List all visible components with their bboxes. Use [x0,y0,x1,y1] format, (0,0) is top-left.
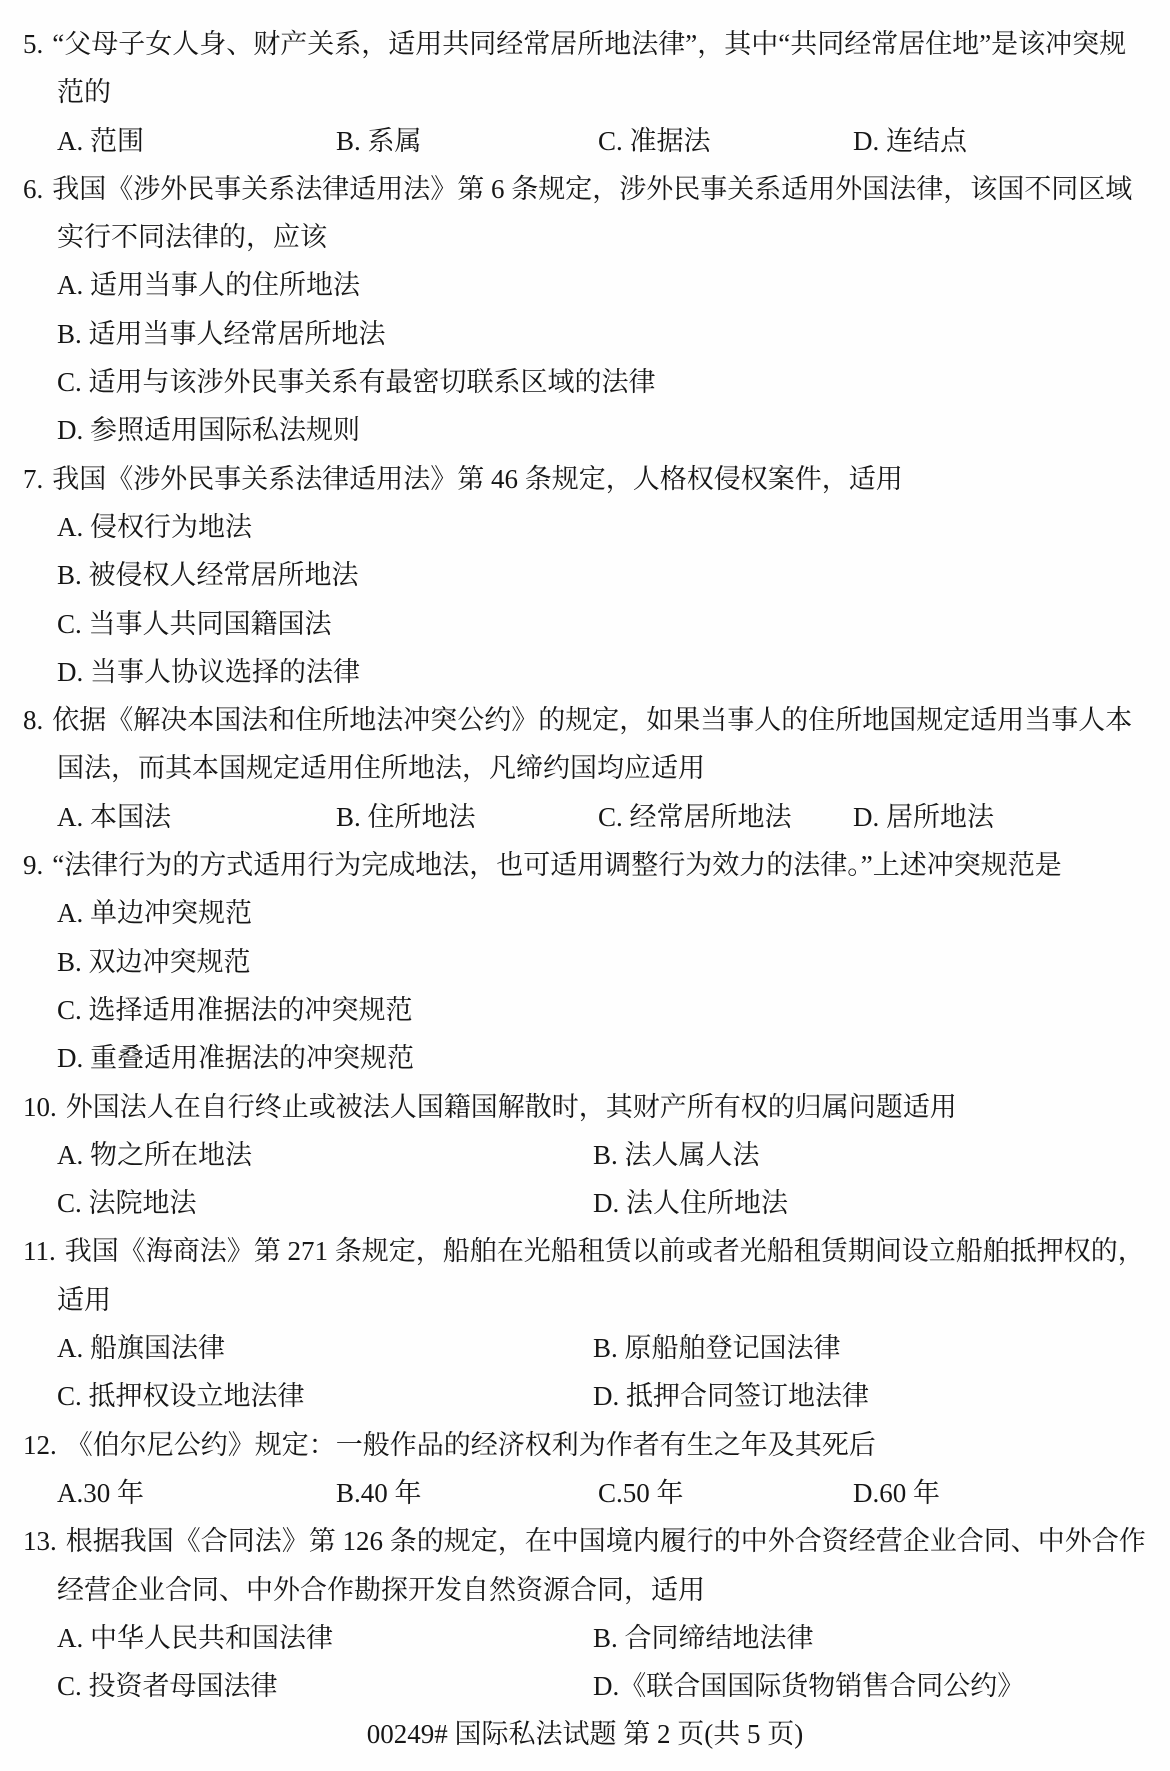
question-12-option-a: A.30 年 [57,1469,144,1517]
question-8-option-b: B. 住所地法 [336,793,476,841]
question-7-stem-line-1: 7.我国《涉外民事关系法律适用法》第 46 条规定，人格权侵权案件，适用 [0,455,1170,503]
question-13-options-row-2: C. 投资者母国法律 D.《联合国国际货物销售合同公约》 [0,1662,1170,1710]
question-13-stem-line-1: 13.根据我国《合同法》第 126 条的规定，在中国境内履行的中外合资经营企业合… [0,1517,1170,1565]
question-11-options-row-2: C. 抵押权设立地法律 D. 抵押合同签订地法律 [0,1372,1170,1420]
question-8-options: A. 本国法 B. 住所地法 C. 经常居所地法 D. 居所地法 [0,793,1170,841]
question-12-number: 12. [23,1430,57,1460]
question-6-number: 6. [23,174,43,204]
question-11-option-a: A. 船旗国法律 [57,1324,225,1372]
question-13-option-a: A. 中华人民共和国法律 [57,1614,333,1662]
question-10-options-row-2: C. 法院地法 D. 法人住所地法 [0,1179,1170,1227]
question-7-option-a: A. 侵权行为地法 [0,503,1170,551]
question-12-option-d: D.60 年 [853,1469,940,1517]
question-5-option-d: D. 连结点 [853,117,967,165]
question-5-number: 5. [23,29,43,59]
question-11-option-c: C. 抵押权设立地法律 [57,1372,305,1420]
question-7-stem: 我国《涉外民事关系法律适用法》第 46 条规定，人格权侵权案件，适用 [52,464,903,494]
question-10-options-row-1: A. 物之所在地法 B. 法人属人法 [0,1131,1170,1179]
question-10-stem-line-1: 10.外国法人在自行终止或被法人国籍国解散时，其财产所有权的归属问题适用 [0,1083,1170,1131]
question-5-stem-line-1: 5.“父母子女人身、财产关系，适用共同经常居所地法律”，其中“共同经常居住地”是… [0,20,1170,68]
question-8-option-d: D. 居所地法 [853,793,994,841]
question-9-option-a: A. 单边冲突规范 [0,889,1170,937]
question-12-stem: 《伯尔尼公约》规定：一般作品的经济权利为作者有生之年及其死后 [66,1430,876,1460]
question-13-option-d: D.《联合国国际货物销售合同公约》 [593,1662,1024,1710]
question-7-option-d: D. 当事人协议选择的法律 [0,648,1170,696]
question-12-option-c: C.50 年 [598,1469,684,1517]
question-7-number: 7. [23,464,43,494]
question-8-stem-line-1: 8.依据《解决本国法和住所地法冲突公约》的规定，如果当事人的住所地国规定适用当事… [0,696,1170,744]
question-6-stem: 我国《涉外民事关系法律适用法》第 6 条规定，涉外民事关系适用外国法律，该国不同… [52,174,1132,204]
question-11-option-b: B. 原船舶登记国法律 [593,1324,841,1372]
question-13-number: 13. [23,1526,57,1556]
question-12-stem-line-1: 12.《伯尔尼公约》规定：一般作品的经济权利为作者有生之年及其死后 [0,1421,1170,1469]
question-11-options-row-1: A. 船旗国法律 B. 原船舶登记国法律 [0,1324,1170,1372]
question-8-stem-line-2: 国法，而其本国规定适用住所地法，凡缔约国均应适用 [0,744,1170,792]
question-11-stem-line-2: 适用 [0,1276,1170,1324]
question-5-stem-line-2: 范的 [0,68,1170,116]
question-8-number: 8. [23,705,43,735]
question-6-option-b: B. 适用当事人经常居所地法 [0,310,1170,358]
question-5-stem: “父母子女人身、财产关系，适用共同经常居所地法律”，其中“共同经常居住地”是该冲… [52,29,1126,59]
question-5-option-a: A. 范围 [57,117,144,165]
question-11-stem-line-1: 11.我国《海商法》第 271 条规定，船舶在光船租赁以前或者光船租赁期间设立船… [0,1227,1170,1275]
question-9-option-d: D. 重叠适用准据法的冲突规范 [0,1034,1170,1082]
exam-page: 5.“父母子女人身、财产关系，适用共同经常居所地法律”，其中“共同经常居住地”是… [0,0,1170,1771]
question-5-options: A. 范围 B. 系属 C. 准据法 D. 连结点 [0,117,1170,165]
question-12-option-b: B.40 年 [336,1469,422,1517]
question-5-option-b: B. 系属 [336,117,422,165]
question-9-stem: “法律行为的方式适用行为完成地法，也可适用调整行为效力的法律。”上述冲突规范是 [52,850,1061,880]
question-10-option-a: A. 物之所在地法 [57,1131,252,1179]
question-6-stem-line-1: 6.我国《涉外民事关系法律适用法》第 6 条规定，涉外民事关系适用外国法律，该国… [0,165,1170,213]
question-13-option-c: C. 投资者母国法律 [57,1662,278,1710]
question-12-options: A.30 年 B.40 年 C.50 年 D.60 年 [0,1469,1170,1517]
page-footer: 00249# 国际私法试题 第 2 页(共 5 页) [0,1710,1170,1758]
question-10-option-b: B. 法人属人法 [593,1131,760,1179]
question-10-option-d: D. 法人住所地法 [593,1179,788,1227]
question-13-options-row-1: A. 中华人民共和国法律 B. 合同缔结地法律 [0,1614,1170,1662]
question-5-option-c: C. 准据法 [598,117,711,165]
question-8-option-c: C. 经常居所地法 [598,793,792,841]
question-11-option-d: D. 抵押合同签订地法律 [593,1372,869,1420]
question-6-option-d: D. 参照适用国际私法规则 [0,406,1170,454]
question-11-stem: 我国《海商法》第 271 条规定，船舶在光船租赁以前或者光船租赁期间设立船舶抵押… [65,1236,1145,1266]
question-10-option-c: C. 法院地法 [57,1179,197,1227]
question-13-stem: 根据我国《合同法》第 126 条的规定，在中国境内履行的中外合资经营企业合同、中… [66,1526,1146,1556]
question-9-stem-line-1: 9.“法律行为的方式适用行为完成地法，也可适用调整行为效力的法律。”上述冲突规范… [0,841,1170,889]
question-9-option-c: C. 选择适用准据法的冲突规范 [0,986,1170,1034]
question-10-stem: 外国法人在自行终止或被法人国籍国解散时，其财产所有权的归属问题适用 [66,1092,957,1122]
question-11-number: 11. [23,1236,56,1266]
question-7-option-c: C. 当事人共同国籍国法 [0,600,1170,648]
question-6-stem-line-2: 实行不同法律的，应该 [0,213,1170,261]
question-6-option-a: A. 适用当事人的住所地法 [0,261,1170,309]
question-13-stem-line-2: 经营企业合同、中外合作勘探开发自然资源合同，适用 [0,1566,1170,1614]
question-8-option-a: A. 本国法 [57,793,171,841]
question-8-stem: 依据《解决本国法和住所地法冲突公约》的规定，如果当事人的住所地国规定适用当事人本 [52,705,1132,735]
question-9-option-b: B. 双边冲突规范 [0,938,1170,986]
question-9-number: 9. [23,850,43,880]
question-13-option-b: B. 合同缔结地法律 [593,1614,814,1662]
question-6-option-c: C. 适用与该涉外民事关系有最密切联系区域的法律 [0,358,1170,406]
question-10-number: 10. [23,1092,57,1122]
question-7-option-b: B. 被侵权人经常居所地法 [0,551,1170,599]
